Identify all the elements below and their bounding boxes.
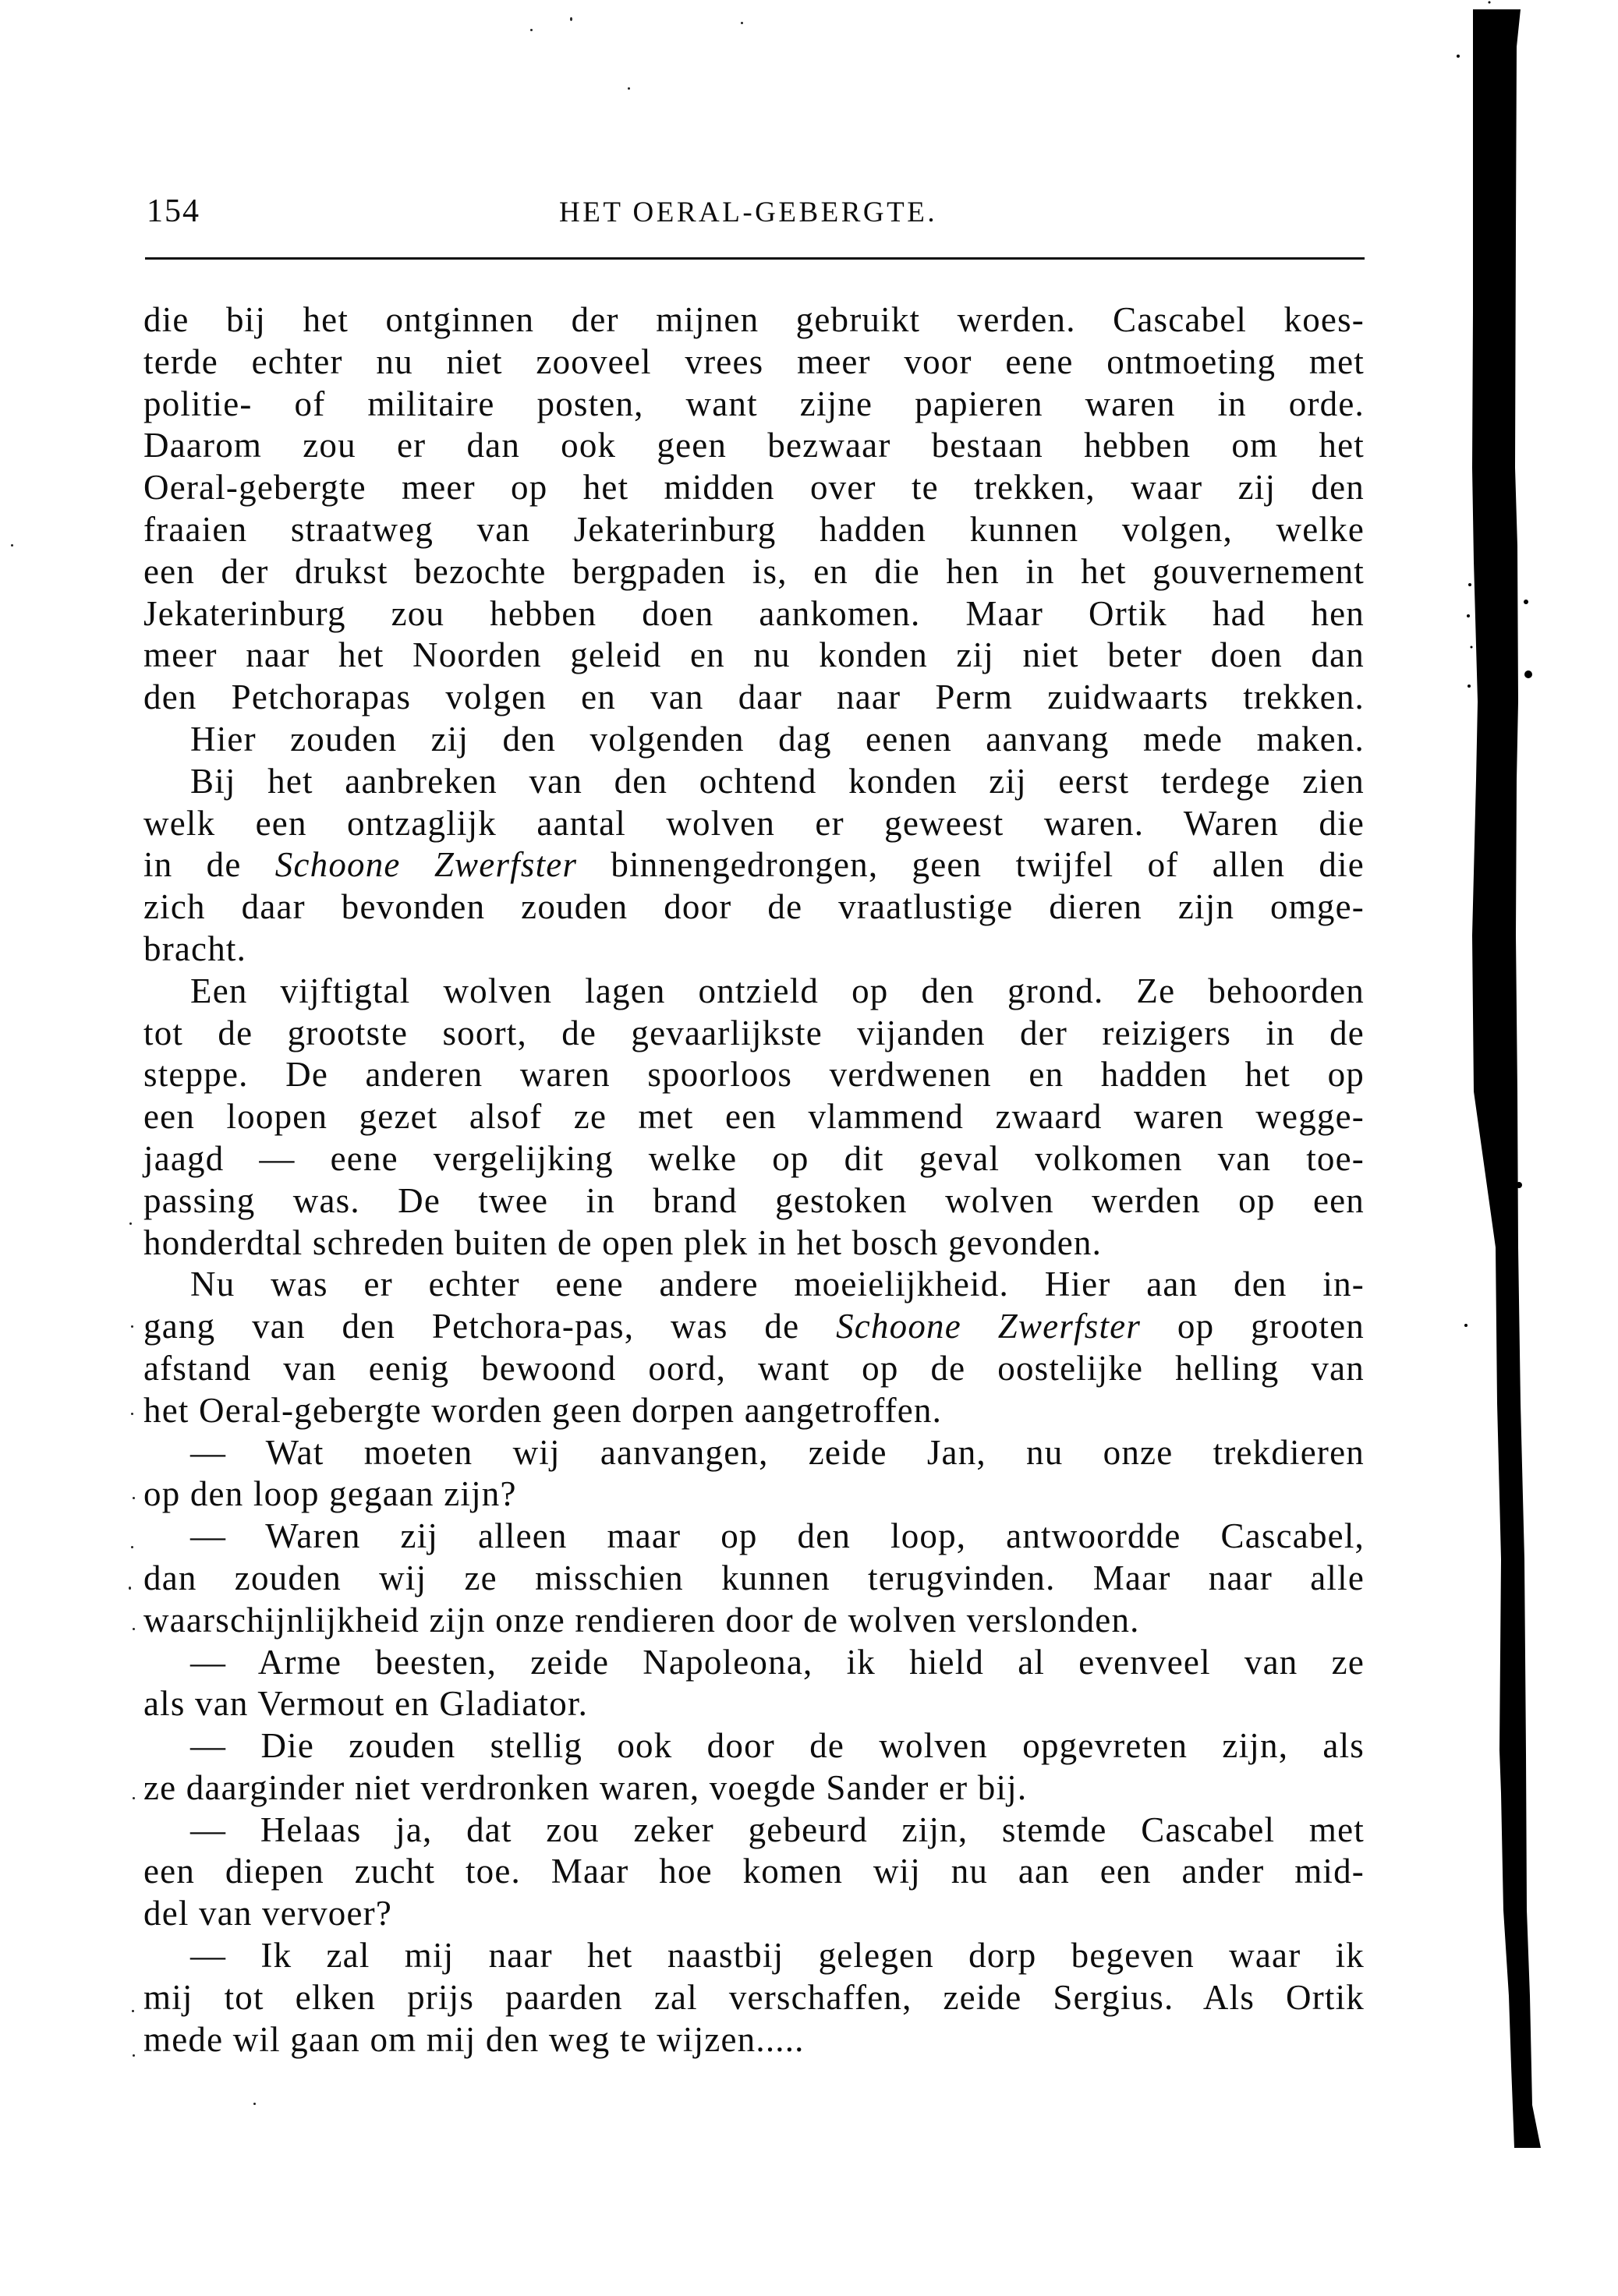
text-segment: politie- of militaire posten, want zijne…: [143, 384, 1365, 423]
text-line: Een vijftigtal wolven lagen ontzield op …: [143, 971, 1365, 1013]
text-line-content: bracht.: [143, 929, 1365, 971]
text-line: ze daarginder niet verdronken waren, voe…: [143, 1767, 1365, 1810]
text-line-content: een diepen zucht toe. Maar hoe komen wij…: [143, 1851, 1365, 1893]
text-line: — Waren zij alleen maar op den loop, ant…: [143, 1516, 1365, 1558]
text-segment: terde echter nu niet zooveel vrees meer …: [143, 342, 1365, 381]
text-segment: — Wat moeten wij aanvangen, zeide Jan, n…: [190, 1433, 1365, 1472]
text-line-content: mij tot elken prijs paarden zal verschaf…: [143, 1977, 1365, 2019]
text-segment: steppe. De anderen waren spoorloos verdw…: [143, 1055, 1365, 1094]
text-segment: tot de grootste soort, de gevaarlijkste …: [143, 1014, 1365, 1052]
text-line: Daarom zou er dan ook geen bezwaar besta…: [143, 425, 1365, 467]
text-segment: afstand van eenig bewoond oord, want op …: [143, 1349, 1365, 1388]
text-line-content: den Petchorapas volgen en van daar naar …: [143, 677, 1365, 719]
text-line-content: — Wat moeten wij aanvangen, zeide Jan, n…: [143, 1432, 1365, 1474]
text-line: mede wil gaan om mij den weg te wijzen..…: [143, 2019, 1365, 2061]
scan-speck: [131, 1413, 133, 1415]
scan-speck: [131, 1546, 133, 1548]
text-line: meer naar het Noorden geleid en nu konde…: [143, 635, 1365, 677]
text-segment: — Die zouden stellig ook door de wolven …: [190, 1726, 1365, 1765]
italic-ship-name: Schoone Zwerfster: [275, 845, 577, 884]
scan-speck: [253, 2103, 256, 2105]
text-line: dan zouden wij ze misschien kunnen terug…: [143, 1558, 1365, 1600]
text-line-content: waarschijnlijkheid zijn onze rendieren d…: [143, 1600, 1365, 1642]
text-line-content: die bij het ontginnen der mijnen gebruik…: [143, 299, 1365, 341]
text-segment: Jekaterinburg zou hebben doen aankomen. …: [143, 594, 1365, 633]
text-line: — Arme beesten, zeide Napoleona, ik hiel…: [143, 1642, 1365, 1684]
running-head: 154 HET OERAL-GEBERGTE.: [145, 192, 1365, 231]
text-line-content: Daarom zou er dan ook geen bezwaar besta…: [143, 425, 1365, 467]
text-segment: een diepen zucht toe. Maar hoe komen wij…: [143, 1852, 1365, 1891]
text-line-content: dan zouden wij ze misschien kunnen terug…: [143, 1558, 1365, 1600]
text-segment: waarschijnlijkheid zijn onze rendieren d…: [143, 1601, 1140, 1640]
text-line: Hier zouden zij den volgenden dag eenen …: [143, 719, 1365, 761]
text-segment: zich daar bevonden zouden door de vraatl…: [143, 887, 1365, 926]
scan-speck: [133, 1628, 135, 1630]
text-line: als van Vermout en Gladiator.: [143, 1683, 1365, 1725]
text-line: waarschijnlijkheid zijn onze rendieren d…: [143, 1600, 1365, 1642]
text-line: politie- of militaire posten, want zijne…: [143, 384, 1365, 426]
text-line: — Die zouden stellig ook door de wolven …: [143, 1725, 1365, 1767]
book-page: 154 HET OERAL-GEBERGTE. die bij het ontg…: [0, 0, 1618, 2296]
text-line: in de Schoone Zwerfster binnengedrongen,…: [143, 844, 1365, 886]
text-segment: honderdtal schreden buiten de open plek …: [143, 1223, 1102, 1262]
text-line: terde echter nu niet zooveel vrees meer …: [143, 341, 1365, 384]
text-segment: Bij het aanbreken van den ochtend konden…: [190, 762, 1365, 801]
text-line-content: — Waren zij alleen maar op den loop, ant…: [143, 1516, 1365, 1558]
text-line: — Ik zal mij naar het naastbij gelegen d…: [143, 1935, 1365, 1977]
text-segment: in de: [143, 845, 275, 884]
text-line-content: op den loop gegaan zijn?: [143, 1473, 1365, 1516]
scan-speck: [570, 17, 572, 21]
text-segment: jaagd — eene vergelijking welke op dit g…: [143, 1139, 1365, 1178]
text-line: mij tot elken prijs paarden zal verschaf…: [143, 1977, 1365, 2019]
text-segment: — Helaas ja, dat zou zeker gebeurd zijn,…: [190, 1810, 1365, 1849]
text-segment: meer naar het Noorden geleid en nu konde…: [143, 635, 1365, 674]
text-line-content: Hier zouden zij den volgenden dag eenen …: [143, 719, 1365, 761]
text-line-content: het Oeral-gebergte worden geen dorpen aa…: [143, 1390, 1365, 1432]
text-line-content: Bij het aanbreken van den ochtend konden…: [143, 761, 1365, 803]
scan-speck: [133, 1497, 135, 1499]
text-line-content: in de Schoone Zwerfster binnengedrongen,…: [143, 844, 1365, 886]
text-segment: mede wil gaan om mij den weg te wijzen..…: [143, 2020, 805, 2059]
text-line: den Petchorapas volgen en van daar naar …: [143, 677, 1365, 719]
text-line: afstand van eenig bewoond oord, want op …: [143, 1348, 1365, 1390]
text-line: welk een ontzaglijk aantal wolven er gew…: [143, 803, 1365, 845]
scan-speck: [132, 2010, 134, 2012]
text-line-content: — Arme beesten, zeide Napoleona, ik hiel…: [143, 1642, 1365, 1684]
text-segment: — Ik zal mij naar het naastbij gelegen d…: [190, 1936, 1365, 1975]
text-segment: welk een ontzaglijk aantal wolven er gew…: [143, 804, 1365, 843]
text-line-content: zich daar bevonden zouden door de vraatl…: [143, 886, 1365, 929]
text-line: een loopen gezet alsof ze met een vlamme…: [143, 1096, 1365, 1138]
scan-speck: [628, 87, 630, 90]
scan-speck: [530, 29, 533, 31]
text-line-content: — Die zouden stellig ook door de wolven …: [143, 1725, 1365, 1767]
text-line-content: Oeral-gebergte meer op het midden over t…: [143, 467, 1365, 509]
text-segment: op grooten: [1141, 1307, 1365, 1346]
text-line-content: Een vijftigtal wolven lagen ontzield op …: [143, 971, 1365, 1013]
running-title: HET OERAL-GEBERGTE.: [559, 195, 937, 231]
text-line: gang van den Petchora-pas, was de Schoon…: [143, 1306, 1365, 1348]
text-line: een diepen zucht toe. Maar hoe komen wij…: [143, 1851, 1365, 1893]
text-line-content: afstand van eenig bewoond oord, want op …: [143, 1348, 1365, 1390]
text-line-content: jaagd — eene vergelijking welke op dit g…: [143, 1138, 1365, 1180]
text-line-content: een der drukst bezochte bergpaden is, en…: [143, 551, 1365, 593]
text-segment: fraaien straatweg van Jekaterinburg hadd…: [143, 510, 1365, 549]
text-line-content: meer naar het Noorden geleid en nu konde…: [143, 635, 1365, 677]
text-segment: Een vijftigtal wolven lagen ontzield op …: [190, 971, 1365, 1010]
italic-ship-name: Schoone Zwerfster: [836, 1307, 1141, 1346]
text-line: Nu was er echter eene andere moeielijkhe…: [143, 1264, 1365, 1306]
text-line-content: ze daarginder niet verdronken waren, voe…: [143, 1767, 1365, 1810]
text-line-content: gang van den Petchora-pas, was de Schoon…: [143, 1306, 1365, 1348]
text-line: een der drukst bezochte bergpaden is, en…: [143, 551, 1365, 593]
text-segment: die bij het ontginnen der mijnen gebruik…: [143, 300, 1365, 339]
text-line: — Helaas ja, dat zou zeker gebeurd zijn,…: [143, 1810, 1365, 1852]
text-line: passing was. De twee in brand gestoken w…: [143, 1180, 1365, 1222]
text-segment: Oeral-gebergte meer op het midden over t…: [143, 468, 1365, 507]
text-segment: mij tot elken prijs paarden zal verschaf…: [143, 1978, 1365, 2017]
text-line-content: steppe. De anderen waren spoorloos verdw…: [143, 1054, 1365, 1096]
text-line: — Wat moeten wij aanvangen, zeide Jan, n…: [143, 1432, 1365, 1474]
text-line: het Oeral-gebergte worden geen dorpen aa…: [143, 1390, 1365, 1432]
text-segment: als van Vermout en Gladiator.: [143, 1684, 588, 1723]
text-segment: een loopen gezet alsof ze met een vlamme…: [143, 1097, 1365, 1136]
text-segment: — Arme beesten, zeide Napoleona, ik hiel…: [190, 1643, 1365, 1682]
scan-speck: [131, 1325, 133, 1328]
text-line: Jekaterinburg zou hebben doen aankomen. …: [143, 593, 1365, 635]
text-line-content: welk een ontzaglijk aantal wolven er gew…: [143, 803, 1365, 845]
text-line-content: — Helaas ja, dat zou zeker gebeurd zijn,…: [143, 1810, 1365, 1852]
text-segment: binnengedrongen, geen twijfel of allen d…: [577, 845, 1365, 884]
text-line-content: mede wil gaan om mij den weg te wijzen..…: [143, 2019, 1365, 2061]
text-line-content: terde echter nu niet zooveel vrees meer …: [143, 341, 1365, 384]
header-rule: [145, 257, 1365, 260]
text-line: op den loop gegaan zijn?: [143, 1473, 1365, 1516]
text-line: tot de grootste soort, de gevaarlijkste …: [143, 1013, 1365, 1055]
text-line-content: Jekaterinburg zou hebben doen aankomen. …: [143, 593, 1365, 635]
text-segment: — Waren zij alleen maar op den loop, ant…: [190, 1516, 1365, 1555]
text-line-content: del van vervoer?: [143, 1893, 1365, 1935]
scan-speck: [133, 2054, 135, 2057]
text-segment: passing was. De twee in brand gestoken w…: [143, 1181, 1365, 1220]
text-line: steppe. De anderen waren spoorloos verdw…: [143, 1054, 1365, 1096]
text-line: honderdtal schreden buiten de open plek …: [143, 1222, 1365, 1265]
text-line-content: tot de grootste soort, de gevaarlijkste …: [143, 1013, 1365, 1055]
text-line: zich daar bevonden zouden door de vraatl…: [143, 886, 1365, 929]
text-line: fraaien straatweg van Jekaterinburg hadd…: [143, 509, 1365, 551]
text-segment: ze daarginder niet verdronken waren, voe…: [143, 1768, 1027, 1807]
text-segment: Hier zouden zij den volgenden dag eenen …: [190, 720, 1365, 759]
text-segment: Nu was er echter eene andere moeielijkhe…: [190, 1265, 1365, 1304]
text-line-content: een loopen gezet alsof ze met een vlamme…: [143, 1096, 1365, 1138]
text-line-content: passing was. De twee in brand gestoken w…: [143, 1180, 1365, 1222]
scan-speck: [741, 22, 743, 24]
text-segment: op den loop gegaan zijn?: [143, 1474, 517, 1513]
text-segment: een der drukst bezochte bergpaden is, en…: [143, 552, 1365, 591]
text-line-content: — Ik zal mij naar het naastbij gelegen d…: [143, 1935, 1365, 1977]
text-line-content: politie- of militaire posten, want zijne…: [143, 384, 1365, 426]
text-line-content: fraaien straatweg van Jekaterinburg hadd…: [143, 509, 1365, 551]
text-line: bracht.: [143, 929, 1365, 971]
text-segment: dan zouden wij ze misschien kunnen terug…: [143, 1558, 1365, 1597]
text-line: jaagd — eene vergelijking welke op dit g…: [143, 1138, 1365, 1180]
body-text: die bij het ontginnen der mijnen gebruik…: [143, 299, 1365, 2061]
text-line: Bij het aanbreken van den ochtend konden…: [143, 761, 1365, 803]
text-line-content: Nu was er echter eene andere moeielijkhe…: [143, 1264, 1365, 1306]
text-segment: Daarom zou er dan ook geen bezwaar besta…: [143, 426, 1365, 465]
text-line-content: als van Vermout en Gladiator.: [143, 1683, 1365, 1725]
text-segment: del van vervoer?: [143, 1894, 392, 1933]
scan-speck: [11, 544, 13, 547]
scan-speck: [129, 1222, 132, 1225]
text-line: del van vervoer?: [143, 1893, 1365, 1935]
text-line-content: honderdtal schreden buiten de open plek …: [143, 1222, 1365, 1265]
scan-speck: [129, 1587, 131, 1590]
text-segment: bracht.: [143, 929, 246, 968]
text-line: Oeral-gebergte meer op het midden over t…: [143, 467, 1365, 509]
text-segment: gang van den Petchora-pas, was de: [143, 1307, 836, 1346]
page-number: 154: [147, 192, 200, 231]
scan-speck: [133, 1797, 135, 1799]
text-segment: den Petchorapas volgen en van daar naar …: [143, 677, 1365, 716]
text-segment: het Oeral-gebergte worden geen dorpen aa…: [143, 1391, 942, 1430]
text-line: die bij het ontginnen der mijnen gebruik…: [143, 299, 1365, 341]
